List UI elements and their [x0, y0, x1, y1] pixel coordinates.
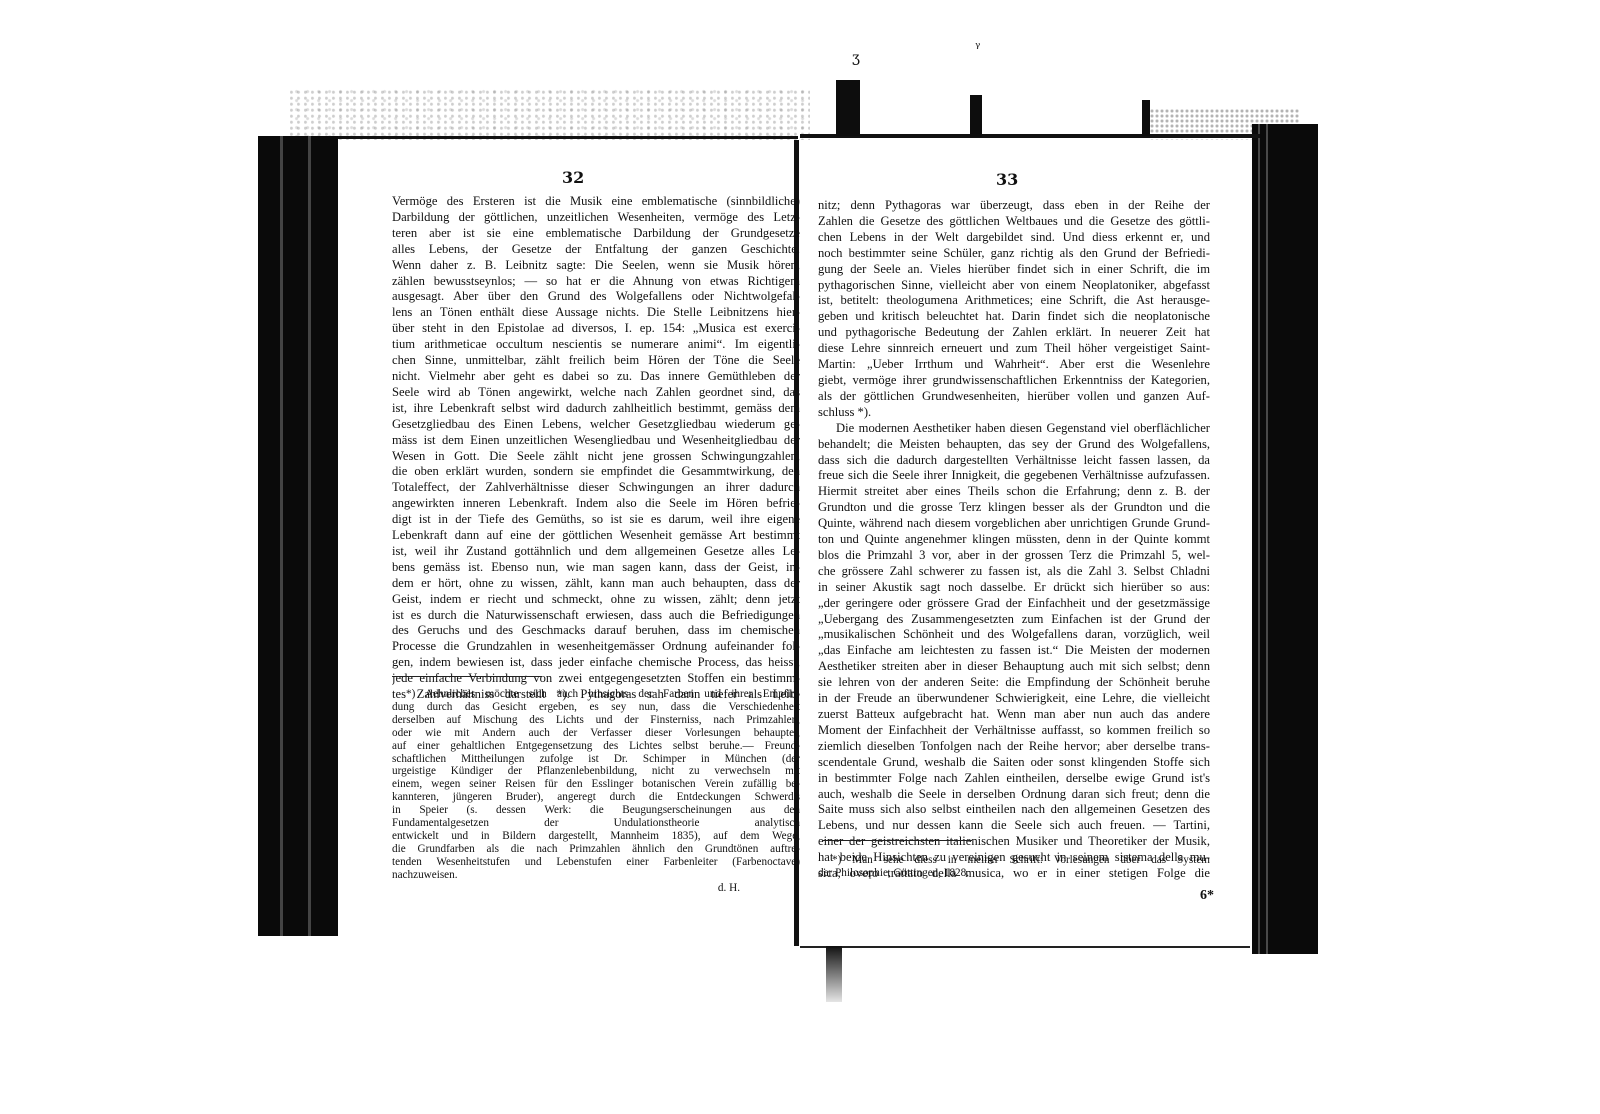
left-page: 32 Vermöge des Ersteren ist die Musik ei…: [338, 140, 794, 946]
footnote-divider: [392, 676, 542, 677]
text-line: chen Lebens in der Welt dargebildet sind…: [818, 230, 1210, 246]
text-line: die oben erklärt wurden, sondern sie emp…: [392, 464, 800, 480]
text-line: Lebenkraft dann auf eine der göttlichen …: [392, 528, 800, 544]
text-line: ausgesagt. Aber über den Grund des Wolge…: [392, 289, 800, 305]
text-line: einem, wegen seiner Reisen für den Essli…: [392, 778, 800, 791]
page-number: 32: [562, 168, 584, 187]
text-line: tium arithmeticae occultum nescientis se…: [392, 337, 800, 353]
text-line: Zahlen die Gesetze des göttlichen Weltba…: [818, 214, 1210, 230]
text-line: Saite muss sich also selbst eintheilen n…: [818, 802, 1210, 818]
text-line: derselben auf Mischung des Lichts und de…: [392, 714, 800, 727]
footnote: *) Man sehe diess in meiner Schrift: Vor…: [818, 854, 1210, 880]
text-line: einer der geistreichsten italienischen M…: [818, 834, 1210, 850]
page-bottom-edge: [800, 946, 1250, 948]
text-line: Wesen in Gott. Die Seele zählt nicht jen…: [392, 449, 800, 465]
text-line: „der geringere oder grössere Grad der Ei…: [818, 596, 1210, 612]
text-line: giebt, vermöge ihrer grundwissenschaftli…: [818, 373, 1210, 389]
text-line: zuerst Batteux aufgebracht hat. Wenn man…: [818, 707, 1210, 723]
text-line: „musikalischen Schönheit und des Wolgefa…: [818, 627, 1210, 643]
text-line: auch, weshalb die Seele in derselben Ord…: [818, 787, 1210, 803]
text-line: lens an Tönen enthält diese Aussage nich…: [392, 305, 800, 321]
book-edge-right: [1252, 124, 1318, 954]
page-top-edge-right: [800, 134, 1260, 138]
text-line: Grundton und die grosse Terz klingen bes…: [818, 500, 1210, 516]
text-line: nitz; denn Pythagoras war überzeugt, das…: [818, 198, 1210, 214]
footnote-signature: d. H.: [392, 882, 800, 895]
text-line: und pythagorische Bedeutung der Zahlen e…: [818, 325, 1210, 341]
text-line: freue sich die Seele ihrer Innigkeit, di…: [818, 468, 1210, 484]
text-line: mäss ist dem Einen unzeitlichen Wesengli…: [392, 433, 800, 449]
margin-mark: ʒ: [852, 50, 860, 66]
text-line: Gesetzgliedbau des Einen Lebens, welcher…: [392, 417, 800, 433]
text-line: Moment der Einfachheit der Verhältnisse …: [818, 723, 1210, 739]
text-line: noch bestimmter seine Schüler, ganz rich…: [818, 246, 1210, 262]
text-line: ton und Quinte angenehmer klingen müsste…: [818, 532, 1210, 548]
text-line: ist, weil ihr Zustand gottähnlich und de…: [392, 544, 800, 560]
text-line: kannteren, jüngeren Bruder), angeregt du…: [392, 791, 800, 804]
text-line: auf einer gehaltlichen Entgegensetzung d…: [392, 740, 800, 753]
text-line: ziemlich dieselben Tonfolgen nach der Re…: [818, 739, 1210, 755]
signature-mark: 6*: [1200, 888, 1214, 904]
text-line: zählen bewusstseynlos; — so hat er die A…: [392, 274, 800, 290]
text-line: oder wie mit Andern auch der Verfasser d…: [392, 727, 800, 740]
text-line: chen Sinne, unmittelbar, zählt freilich …: [392, 353, 800, 369]
text-line: tenden Wesenheitstufen und Lebenstufen e…: [392, 856, 800, 869]
right-page: 33 nitz; denn Pythagoras war überzeugt, …: [800, 140, 1252, 946]
page-number: 33: [996, 170, 1018, 189]
footnote-divider: [822, 840, 972, 841]
text-line: ist es durch die Naturwissenschaft erwie…: [392, 608, 800, 624]
text-line: *) Man sehe diess in meiner Schrift: Vor…: [818, 854, 1210, 867]
text-line: dass sich die dadurch dargestellten Verh…: [818, 453, 1210, 469]
page-top-edge-left: [338, 136, 798, 139]
text-line: che grössere Zahl schwerer zu fassen ist…: [818, 564, 1210, 580]
page-tab-marker: [836, 80, 860, 136]
text-line: dung durch das Gesicht ergeben, es sey n…: [392, 701, 800, 714]
scan-smudge: [826, 946, 842, 1002]
text-line: Lebens, und nur dessen kann die Seele si…: [818, 818, 1210, 834]
scan-noise-top-left: [290, 88, 810, 140]
text-line: urgeistige Kündiger der Pflanzenlebenbil…: [392, 765, 800, 778]
text-line: Quinte, während nach diesem vorgeblichen…: [818, 516, 1210, 532]
text-line: pythagorischen Sinne, vielleicht aber vo…: [818, 278, 1210, 294]
text-line: „das Einfache am leichtesten zu fassen i…: [818, 643, 1210, 659]
text-line: dem er hört, ohne zu wissen, zählt, kann…: [392, 576, 800, 592]
text-line: schaftlichen Mittheilungen zufolge ist D…: [392, 753, 800, 766]
text-line: Geist, indem er riecht und schmeckt, ohn…: [392, 592, 800, 608]
text-line: in Speier (s. dessen Werk: die Beugungse…: [392, 804, 800, 817]
text-line: gung der Seele an. Vieles hierüber finde…: [818, 262, 1210, 278]
page-tab-marker: [1142, 100, 1150, 136]
book-edge-left: [258, 136, 338, 936]
text-line: „Uebergang des Zusammengesetzten zum Ein…: [818, 612, 1210, 628]
text-line: digt ist in der Tiefe des Gemüths, so is…: [392, 512, 800, 528]
text-line: der Philosophie, Göttingen, 1828.: [818, 867, 1210, 880]
text-line: Martin: „Ueber Irrthum und Wahrheit“. Ab…: [818, 357, 1210, 373]
text-line: Darbildung der göttlichen, unzeitlichen …: [392, 210, 800, 226]
margin-mark: ᵞ: [975, 40, 980, 56]
text-line: sie lehren von der anderen Seite: die Em…: [818, 675, 1210, 691]
text-line: Seele wird ab Tönen angewirkt, welche na…: [392, 385, 800, 401]
text-line: *) Aehnliches möchte sich auch hinsichts…: [392, 688, 800, 701]
text-line: teren aber ist sie eine emblematische Da…: [392, 226, 800, 242]
text-line: geben und kritisch beleuchtet hat. Darin…: [818, 309, 1210, 325]
text-line: gen, indem bewiesen ist, dass jeder einf…: [392, 655, 800, 671]
text-line: behandelt; die Meisten behaupten, das se…: [818, 437, 1210, 453]
text-line: nicht. Vielmehr aber geht es dabei so zu…: [392, 369, 800, 385]
body-text: Vermöge des Ersteren ist die Musik eine …: [392, 194, 800, 703]
text-line: ist, betitelt: theologumena Arithmetices…: [818, 293, 1210, 309]
text-line: des Geruchs und des Geschmacks darauf be…: [392, 623, 800, 639]
text-line: Wenn daher z. B. Leibnitz sagte: Die See…: [392, 258, 800, 274]
text-line: angewirkten inneren Lebenkraft. Indem al…: [392, 496, 800, 512]
text-line: Fundamentalgesetzen der Undulationstheor…: [392, 817, 800, 830]
page-tab-marker: [970, 95, 982, 137]
text-line: schluss *).: [818, 405, 1210, 421]
text-line: diese Lehre sinnreich erneuert und zum T…: [818, 341, 1210, 357]
text-line: ist, ihre Lebenkraft selbst wird dadurch…: [392, 401, 800, 417]
text-line: Processe die Grundzahlen in wesenheitgem…: [392, 639, 800, 655]
text-line: als der göttlichen Grundwesenheiten, hie…: [818, 389, 1210, 405]
text-line: Vermöge des Ersteren ist die Musik eine …: [392, 194, 800, 210]
text-line: alles Lebens, der Gesetze der Entfaltung…: [392, 242, 800, 258]
footnote: *) Aehnliches möchte sich auch hinsichts…: [392, 688, 800, 895]
text-line: Hiermit streitet aber eines Theils schon…: [818, 484, 1210, 500]
text-line: nachzuweisen.: [392, 869, 800, 882]
text-line: über steht in den Epistolae ad diversos,…: [392, 321, 800, 337]
text-line: in der Freude an überwundener Schwierigk…: [818, 691, 1210, 707]
text-line: in bestimmter Folge nach Zahlen eintheil…: [818, 771, 1210, 787]
text-line: in seiner Akustik sagt noch dasselbe. Er…: [818, 580, 1210, 596]
text-line: bens gemäss ist. Ebenso nun, wie man sag…: [392, 560, 800, 576]
text-line: Die modernen Aesthetiker haben diesen Ge…: [818, 421, 1210, 437]
text-line: entwickelt und in Bildern dargestellt, M…: [392, 830, 800, 843]
text-line: die Grundfarben als die nach Primzahlen …: [392, 843, 800, 856]
text-line: scendentale Grund, weshalb die Saiten od…: [818, 755, 1210, 771]
text-line: blos die Primzahl 3 vor, aber in der gro…: [818, 548, 1210, 564]
body-text: nitz; denn Pythagoras war überzeugt, das…: [818, 198, 1210, 882]
text-line: jede einfache Verbindung von zwei entgeg…: [392, 671, 800, 687]
text-line: Aesthetiker streiten aber in dieser Beha…: [818, 659, 1210, 675]
text-line: Totaleffect, der Zahlverhältnisse dieser…: [392, 480, 800, 496]
